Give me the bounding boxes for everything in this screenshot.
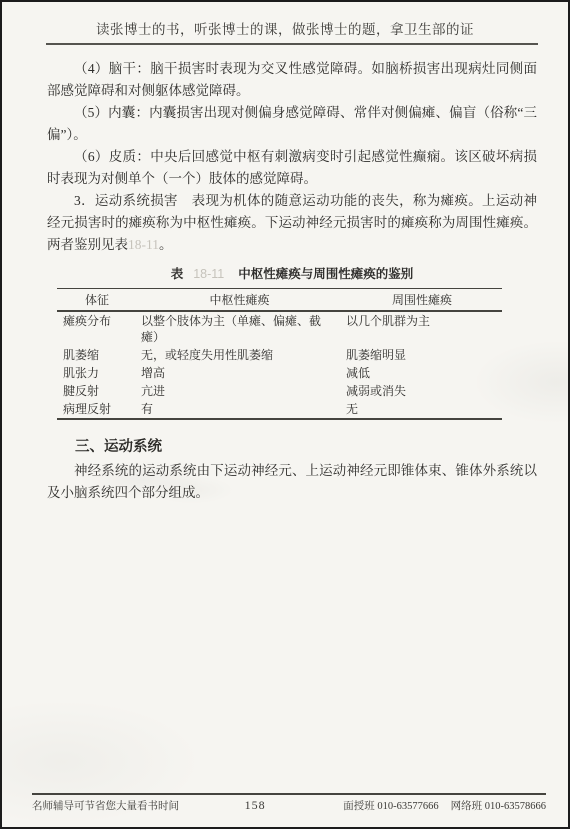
footer-online-phone: 网络班 010-63578666 bbox=[451, 801, 546, 812]
row-label: 腱反射 bbox=[57, 382, 137, 400]
table-row: 瘫痪分布 以整个肢体为主（单瘫、偏瘫、截瘫） 以几个肌群为主 bbox=[57, 311, 502, 346]
footer-onsite-phone: 面授班 010-63577666 bbox=[343, 801, 438, 812]
paragraph-internal-capsule: （5）内囊：内囊损害出现对侧偏身感觉障碍、常伴对侧偏瘫、偏盲（俗称“三偏”）。 bbox=[47, 102, 537, 146]
cell-peripheral: 减低 bbox=[342, 364, 502, 382]
column-header-central: 中枢性瘫痪 bbox=[137, 289, 342, 312]
table-caption-label: 表 bbox=[171, 267, 184, 281]
footer-rule bbox=[32, 793, 546, 795]
cell-peripheral: 无 bbox=[342, 400, 502, 419]
row-label: 病理反射 bbox=[57, 400, 137, 419]
table-caption-number: 18-11 bbox=[193, 267, 224, 281]
table-row: 病理反射 有 无 bbox=[57, 400, 502, 419]
column-header-sign: 体征 bbox=[57, 289, 137, 312]
paragraph-motor-period: 。 bbox=[159, 237, 173, 252]
footer-left-slogan: 名师辅导可节省您大量看书时间 bbox=[32, 798, 179, 813]
page-content: （4）脑干：脑干损害时表现为交叉性感觉障碍。如脑桥损害出现病灶同侧面部感觉障碍和… bbox=[47, 58, 537, 504]
cell-peripheral: 肌萎缩明显 bbox=[342, 346, 502, 364]
paragraph-motor-text: 3．运动系统损害 表现为机体的随意运动功能的丧失，称为瘫痪。上运动神经元损害时的… bbox=[47, 193, 537, 252]
header-rule bbox=[46, 43, 538, 45]
page-number: 158 bbox=[245, 798, 266, 813]
table-header-row: 体征 中枢性瘫痪 周围性瘫痪 bbox=[57, 289, 502, 312]
table-row: 肌张力 增高 减低 bbox=[57, 364, 502, 382]
table-caption: 表18-11中枢性瘫痪与周围性瘫痪的鉴别 bbox=[47, 263, 537, 285]
table-caption-title: 中枢性瘫痪与周围性瘫痪的鉴别 bbox=[238, 267, 413, 281]
header-slogan: 读张博士的书，听张博士的课，做张博士的题，拿卫生部的证 bbox=[2, 18, 568, 38]
paralysis-comparison-table: 体征 中枢性瘫痪 周围性瘫痪 瘫痪分布 以整个肢体为主（单瘫、偏瘫、截瘫） 以几… bbox=[57, 288, 502, 420]
table-row: 肌萎缩 无，或轻度失用性肌萎缩 肌萎缩明显 bbox=[57, 346, 502, 364]
cell-central: 亢进 bbox=[137, 382, 342, 400]
column-header-peripheral: 周围性瘫痪 bbox=[342, 289, 502, 312]
paragraph-brainstem: （4）脑干：脑干损害时表现为交叉性感觉障碍。如脑桥损害出现病灶同侧面部感觉障碍和… bbox=[47, 58, 537, 102]
paragraph-cortex: （6）皮质：中央后回感觉中枢有刺激病变时引起感觉性癫痫。该区破坏病损时表现为对侧… bbox=[47, 146, 537, 190]
paragraph-motor-system: 3．运动系统损害 表现为机体的随意运动功能的丧失，称为瘫痪。上运动神经元损害时的… bbox=[47, 190, 537, 256]
cell-peripheral: 减弱或消失 bbox=[342, 382, 502, 400]
row-label: 肌萎缩 bbox=[57, 346, 137, 364]
scanned-book-page: 读张博士的书，听张博士的课，做张博士的题，拿卫生部的证 （4）脑干：脑干损害时表… bbox=[0, 0, 570, 829]
table-header: 体征 中枢性瘫痪 周围性瘫痪 bbox=[57, 289, 502, 312]
paragraph-motor-system-intro: 神经系统的运动系统由下运动神经元、上运动神经元即锥体束、锥体外系统以及小脑系统四… bbox=[47, 460, 537, 504]
row-label: 瘫痪分布 bbox=[57, 311, 137, 346]
row-label: 肌张力 bbox=[57, 364, 137, 382]
cell-central: 以整个肢体为主（单瘫、偏瘫、截瘫） bbox=[137, 311, 342, 346]
table-body: 瘫痪分布 以整个肢体为主（单瘫、偏瘫、截瘫） 以几个肌群为主 肌萎缩 无，或轻度… bbox=[57, 311, 502, 419]
cell-peripheral: 以几个肌群为主 bbox=[342, 311, 502, 346]
table-row: 腱反射 亢进 减弱或消失 bbox=[57, 382, 502, 400]
cell-central: 增高 bbox=[137, 364, 342, 382]
section-heading-motor-system: 三、运动系统 bbox=[47, 436, 537, 458]
cell-central: 无，或轻度失用性肌萎缩 bbox=[137, 346, 342, 364]
cell-central: 有 bbox=[137, 400, 342, 419]
page-footer: 名师辅导可节省您大量看书时间 158 面授班 010-63577666网络班 0… bbox=[32, 798, 546, 813]
table-reference-number: 18-11 bbox=[128, 237, 159, 252]
footer-contacts: 面授班 010-63577666网络班 010-63578666 bbox=[331, 798, 546, 813]
